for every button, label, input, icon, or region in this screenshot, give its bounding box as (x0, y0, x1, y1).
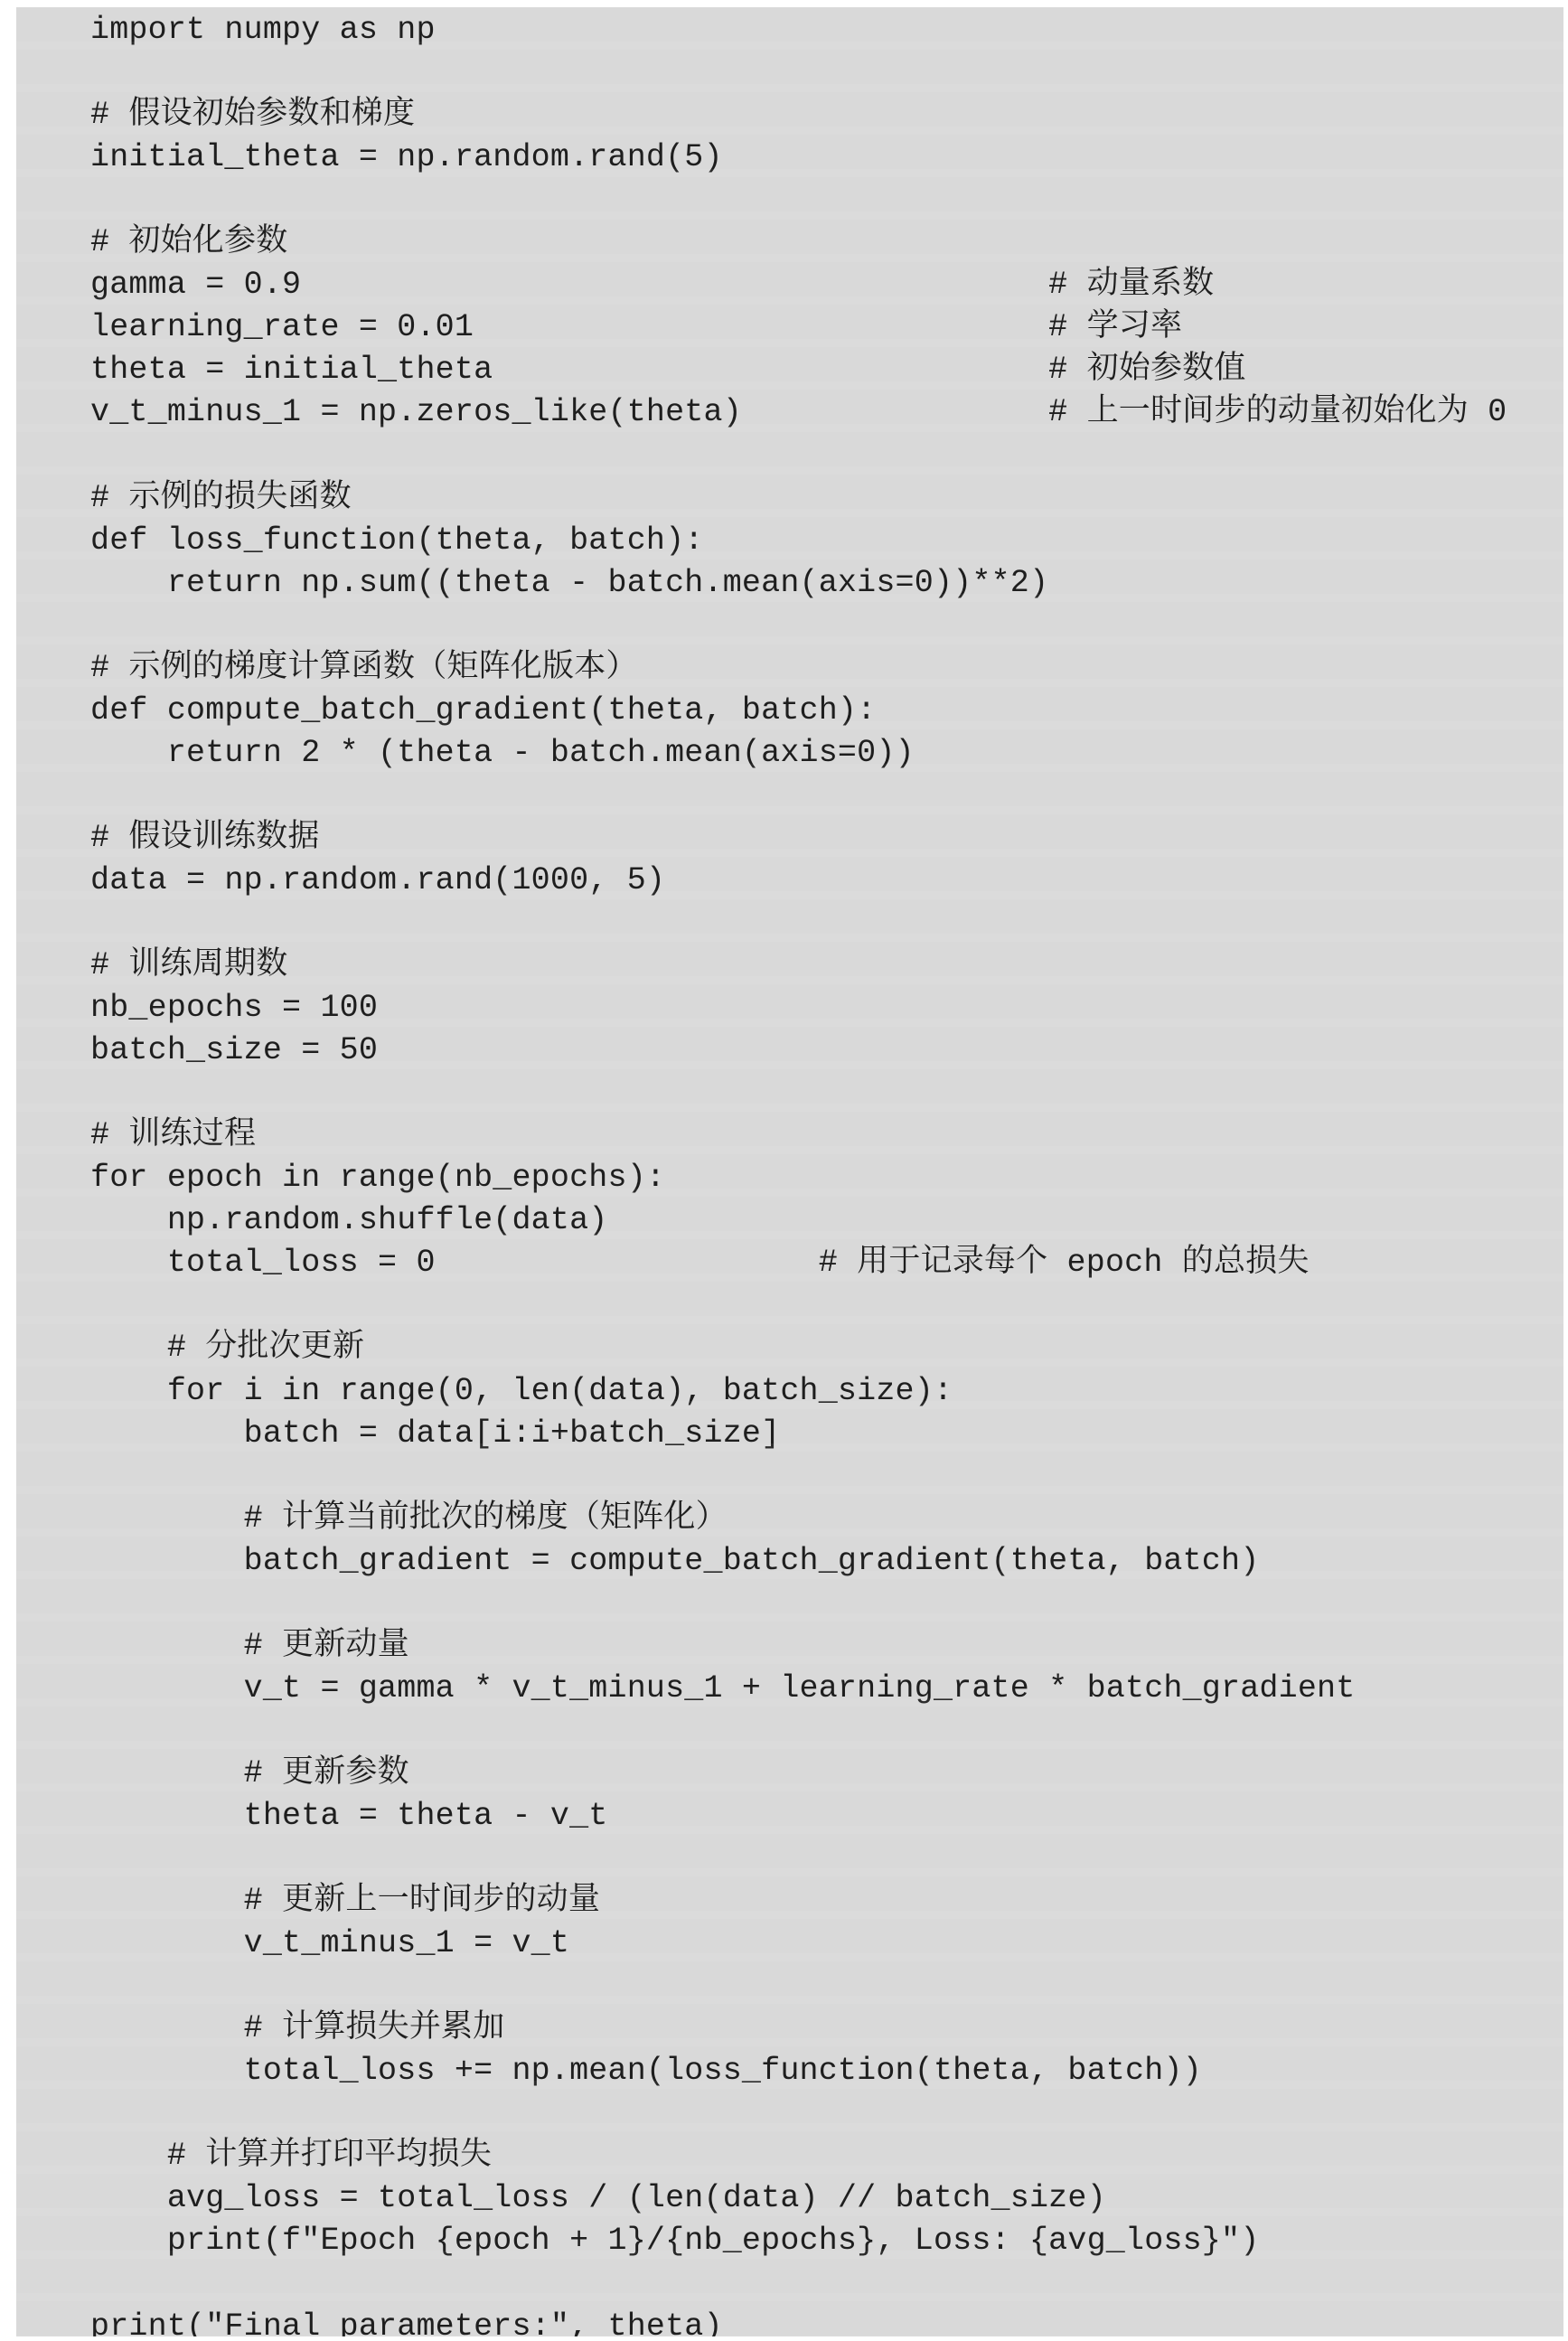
code-line-51: # 计算并打印平均损失 (90, 2135, 1563, 2177)
code-line-32: # 分批次更新 (90, 1327, 1563, 1369)
code-line-35 (90, 1455, 1563, 1498)
code-line-22 (90, 902, 1563, 945)
code-line-28: for epoch in range(nb_epochs): (90, 1157, 1563, 1199)
code-line-47 (90, 1965, 1563, 2007)
code-listing: import numpy as np# 假设初始参数和梯度initial_the… (90, 9, 1563, 2336)
code-line-21: data = np.random.rand(1000, 5) (90, 860, 1563, 902)
code-line-10: v_t_minus_1 = np.zeros_like(theta) # 上一时… (90, 391, 1563, 434)
code-line-36: # 计算当前批次的梯度（矩阵化） (90, 1498, 1563, 1540)
code-line-52: avg_loss = total_loss / (len(data) // ba… (90, 2177, 1563, 2220)
code-line-13: def loss_function(theta, batch): (90, 520, 1563, 562)
code-line-39: # 更新动量 (90, 1625, 1563, 1668)
code-line-44 (90, 1838, 1563, 1880)
code-panel: import numpy as np# 假设初始参数和梯度initial_the… (16, 7, 1563, 2336)
code-line-6: # 初始化参数 (90, 221, 1563, 264)
code-line-18: return 2 * (theta - batch.mean(axis=0)) (90, 732, 1563, 775)
code-line-43: theta = theta - v_t (90, 1795, 1563, 1838)
code-line-45: # 更新上一时间步的动量 (90, 1880, 1563, 1923)
code-line-53: print(f"Epoch {epoch + 1}/{nb_epochs}, L… (90, 2220, 1563, 2262)
code-line-48: # 计算损失并累加 (90, 2007, 1563, 2050)
code-line-19 (90, 775, 1563, 817)
code-line-9: theta = initial_theta # 初始参数值 (90, 349, 1563, 391)
code-line-4: initial_theta = np.random.rand(5) (90, 136, 1563, 179)
code-line-34: batch = data[i:i+batch_size] (90, 1413, 1563, 1455)
code-line-24: nb_epochs = 100 (90, 987, 1563, 1029)
code-line-23: # 训练周期数 (90, 945, 1563, 987)
code-line-50 (90, 2092, 1563, 2135)
code-line-7: gamma = 0.9 # 动量系数 (90, 264, 1563, 306)
code-line-20: # 假设训练数据 (90, 817, 1563, 860)
code-line-41 (90, 1710, 1563, 1753)
code-line-3: # 假设初始参数和梯度 (90, 94, 1563, 136)
code-line-1: import numpy as np (90, 9, 1563, 52)
code-line-8: learning_rate = 0.01 # 学习率 (90, 306, 1563, 349)
code-line-12: # 示例的损失函数 (90, 477, 1563, 520)
code-line-31 (90, 1284, 1563, 1327)
code-line-46: v_t_minus_1 = v_t (90, 1923, 1563, 1965)
code-line-27: # 训练过程 (90, 1114, 1563, 1157)
code-line-55: print("Final parameters:", theta) (90, 2306, 1563, 2336)
code-line-38 (90, 1583, 1563, 1625)
code-line-42: # 更新参数 (90, 1753, 1563, 1795)
code-line-16: # 示例的梯度计算函数（矩阵化版本） (90, 647, 1563, 690)
code-line-40: v_t = gamma * v_t_minus_1 + learning_rat… (90, 1668, 1563, 1710)
code-line-2 (90, 52, 1563, 94)
code-line-37: batch_gradient = compute_batch_gradient(… (90, 1540, 1563, 1583)
code-line-17: def compute_batch_gradient(theta, batch)… (90, 690, 1563, 732)
code-line-25: batch_size = 50 (90, 1029, 1563, 1072)
code-line-15 (90, 605, 1563, 647)
code-line-54 (90, 2262, 1563, 2305)
code-line-14: return np.sum((theta - batch.mean(axis=0… (90, 562, 1563, 605)
code-line-29: np.random.shuffle(data) (90, 1199, 1563, 1242)
code-line-49: total_loss += np.mean(loss_function(thet… (90, 2050, 1563, 2092)
code-line-33: for i in range(0, len(data), batch_size)… (90, 1370, 1563, 1413)
code-line-5 (90, 179, 1563, 221)
code-line-30: total_loss = 0 # 用于记录每个 epoch 的总损失 (90, 1242, 1563, 1284)
code-line-11 (90, 434, 1563, 476)
code-line-26 (90, 1072, 1563, 1114)
